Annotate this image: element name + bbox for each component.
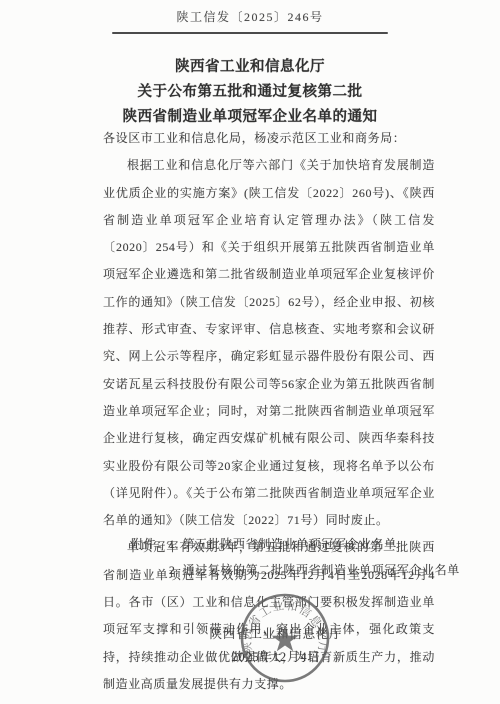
- attachments-label: 附件：: [131, 531, 169, 583]
- doc-title: 陕西省工业和信息化厅 关于公布第五批和通过复核第二批 陕西省制造业单项冠军企业名…: [0, 55, 500, 130]
- attachments-block: 附件： 1. 第五批陕西省制造业单项冠军企业名单 2. 通过复核的第二批陕西省制…: [131, 531, 460, 583]
- doc-number: 陕工信发〔2025〕246号: [0, 8, 500, 25]
- attachments-list: 1. 第五批陕西省制造业单项冠军企业名单 2. 通过复核的第二批陕西省制造业单项…: [169, 531, 460, 583]
- official-seal-icon: 陕西省工业和信息化厅: [230, 583, 340, 693]
- seal-star-icon: [272, 626, 299, 651]
- document-page: 陕工信发〔2025〕246号 陕西省工业和信息化厅 关于公布第五批和通过复核第二…: [0, 0, 500, 704]
- header-divider: [112, 32, 388, 34]
- attachment-item-1: 1. 第五批陕西省制造业单项冠军企业名单: [169, 531, 460, 557]
- attachment-item-2: 2. 通过复核的第二批陕西省制造业单项冠军企业名单: [169, 557, 460, 583]
- paragraph-1: 根据工业和信息化厅等六部门《关于加快培育发展制造业优质企业的实施方案》(陕工信发…: [103, 152, 435, 534]
- salutation: 各设区市工业和信息化局，杨凌示范区工业和商务局：: [103, 125, 435, 152]
- doc-title-line-2: 关于公布第五批和通过复核第二批: [0, 80, 500, 105]
- doc-title-line-1: 陕西省工业和信息化厅: [0, 55, 500, 80]
